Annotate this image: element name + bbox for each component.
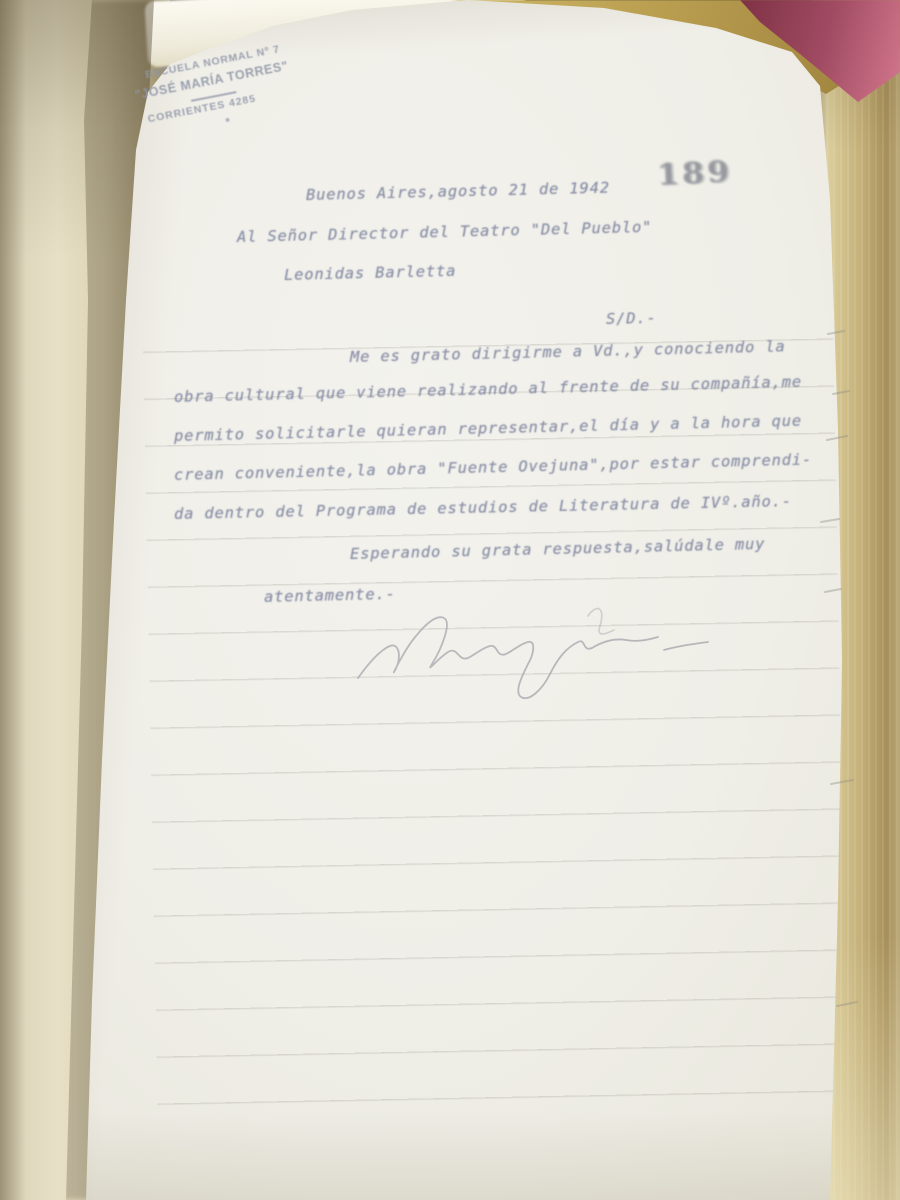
letter-body-line: permito solicitarle quieran representar,… (174, 412, 802, 445)
letter-body-line: Esperando su grata respuesta,salúdale mu… (350, 535, 766, 563)
letter-recipient-name: Leonidas Barletta (284, 262, 457, 284)
letter-body-line: Me es grato dirigirme a Vd.,y conociendo… (350, 337, 786, 366)
letter-salutation: S/D.- (606, 309, 657, 328)
typed-letter: Buenos Aires,agosto 21 de 1942 Al Señor … (0, 0, 900, 1200)
letter-body-line: crean conveniente,la obra "Fuente Ovejun… (174, 450, 813, 484)
letter-body-line: da dentro del Programa de estudios de Li… (174, 492, 792, 523)
letter-date-line: Buenos Aires,agosto 21 de 1942 (306, 179, 610, 204)
letter-body-line: obra cultural que viene realizando al fr… (174, 373, 802, 406)
letter-closing: atentamente.- (264, 585, 396, 606)
archive-photo: ESCUELA NORMAL Nº 7 "JOSÉ MARÍA TORRES" … (0, 0, 900, 1200)
letter-recipient-line: Al Señor Director del Teatro "Del Pueblo… (237, 218, 653, 246)
